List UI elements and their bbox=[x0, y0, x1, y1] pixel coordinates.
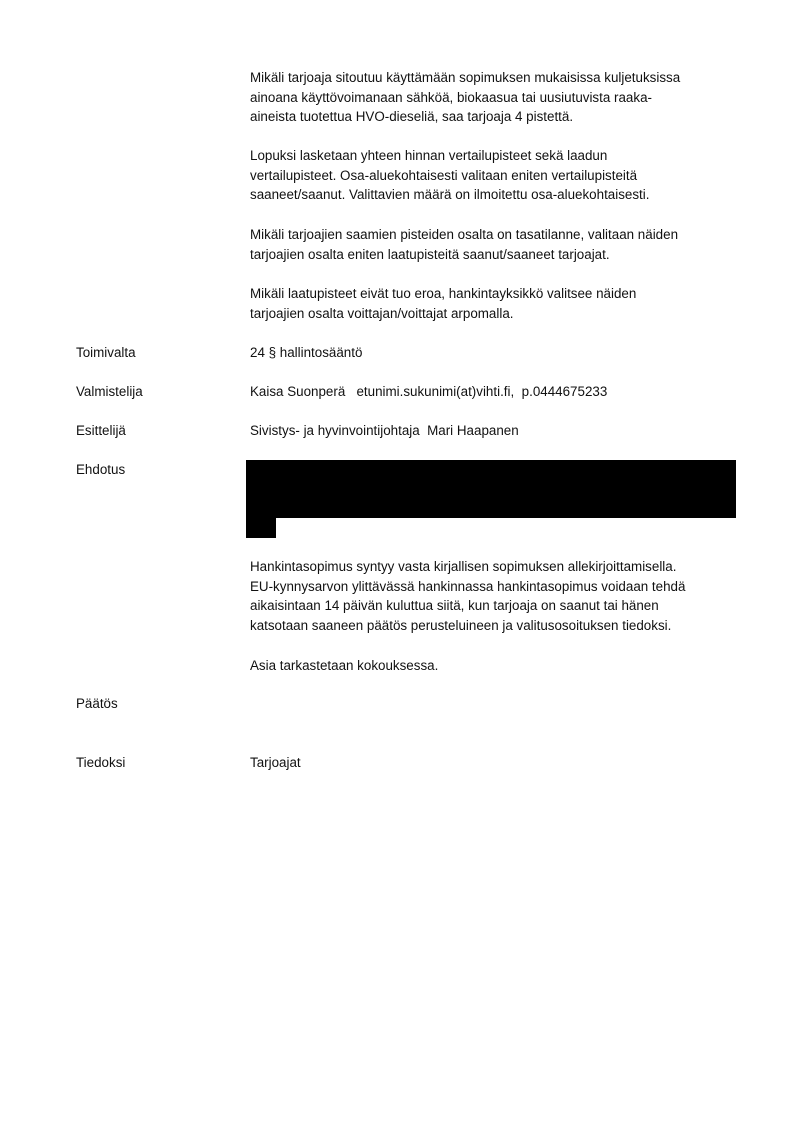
text-line: Mikäli tarjoajien saamien pisteiden osal… bbox=[250, 225, 740, 245]
paragraph-total-points: Lopuksi lasketaan yhteen hinnan vertailu… bbox=[250, 146, 740, 205]
text-line: ainoana käyttövoimanaan sähköä, biokaasu… bbox=[250, 88, 740, 108]
field-label-toimivalta: Toimivalta bbox=[76, 343, 136, 363]
text-line: aikaisintaan 14 päivän kuluttua siitä, k… bbox=[250, 596, 740, 616]
text-line: Hankintasopimus syntyy vasta kirjallisen… bbox=[250, 557, 740, 577]
field-value-tiedoksi: Tarjoajat bbox=[250, 753, 301, 773]
text-line: tarjoajien osalta voittajan/voittajat ar… bbox=[250, 304, 740, 324]
field-value-valmistelija: Kaisa Suonperä etunimi.sukunimi(at)vihti… bbox=[250, 382, 607, 402]
field-label-valmistelija: Valmistelija bbox=[76, 382, 143, 402]
paragraph-tie-break: Mikäli tarjoajien saamien pisteiden osal… bbox=[250, 225, 740, 264]
field-value-toimivalta: 24 § hallintosääntö bbox=[250, 343, 362, 363]
paragraph-meeting-check: Asia tarkastetaan kokouksessa. bbox=[250, 656, 740, 676]
text-line: aineista tuotettua HVO-dieseliä, saa tar… bbox=[250, 107, 740, 127]
redaction-block-tail bbox=[246, 518, 276, 538]
text-line: EU-kynnysarvon ylittävässä hankinnassa h… bbox=[250, 577, 740, 597]
text-line: vertailupisteet. Osa-aluekohtaisesti val… bbox=[250, 166, 740, 186]
paragraph-electric-fuel-points: Mikäli tarjoaja sitoutuu käyttämään sopi… bbox=[250, 68, 740, 127]
field-label-tiedoksi: Tiedoksi bbox=[76, 753, 125, 773]
field-label-esittelija: Esittelijä bbox=[76, 421, 126, 441]
field-label-ehdotus: Ehdotus bbox=[76, 460, 125, 480]
text-line: Lopuksi lasketaan yhteen hinnan vertailu… bbox=[250, 146, 740, 166]
text-line: Mikäli tarjoaja sitoutuu käyttämään sopi… bbox=[250, 68, 740, 88]
text-line: Asia tarkastetaan kokouksessa. bbox=[250, 656, 740, 676]
paragraph-lottery: Mikäli laatupisteet eivät tuo eroa, hank… bbox=[250, 284, 740, 323]
text-line: katsotaan saaneen päätös perusteluineen … bbox=[250, 616, 740, 636]
field-label-paatos: Päätös bbox=[76, 694, 118, 714]
field-value-esittelija: Sivistys- ja hyvinvointijohtaja Mari Haa… bbox=[250, 421, 519, 441]
text-line: Mikäli laatupisteet eivät tuo eroa, hank… bbox=[250, 284, 740, 304]
text-line: tarjoajien osalta eniten laatupisteitä s… bbox=[250, 245, 740, 265]
paragraph-contract-formation: Hankintasopimus syntyy vasta kirjallisen… bbox=[250, 557, 740, 635]
text-line: saaneet/saanut. Valittavien määrä on ilm… bbox=[250, 185, 740, 205]
redaction-block bbox=[246, 460, 736, 518]
